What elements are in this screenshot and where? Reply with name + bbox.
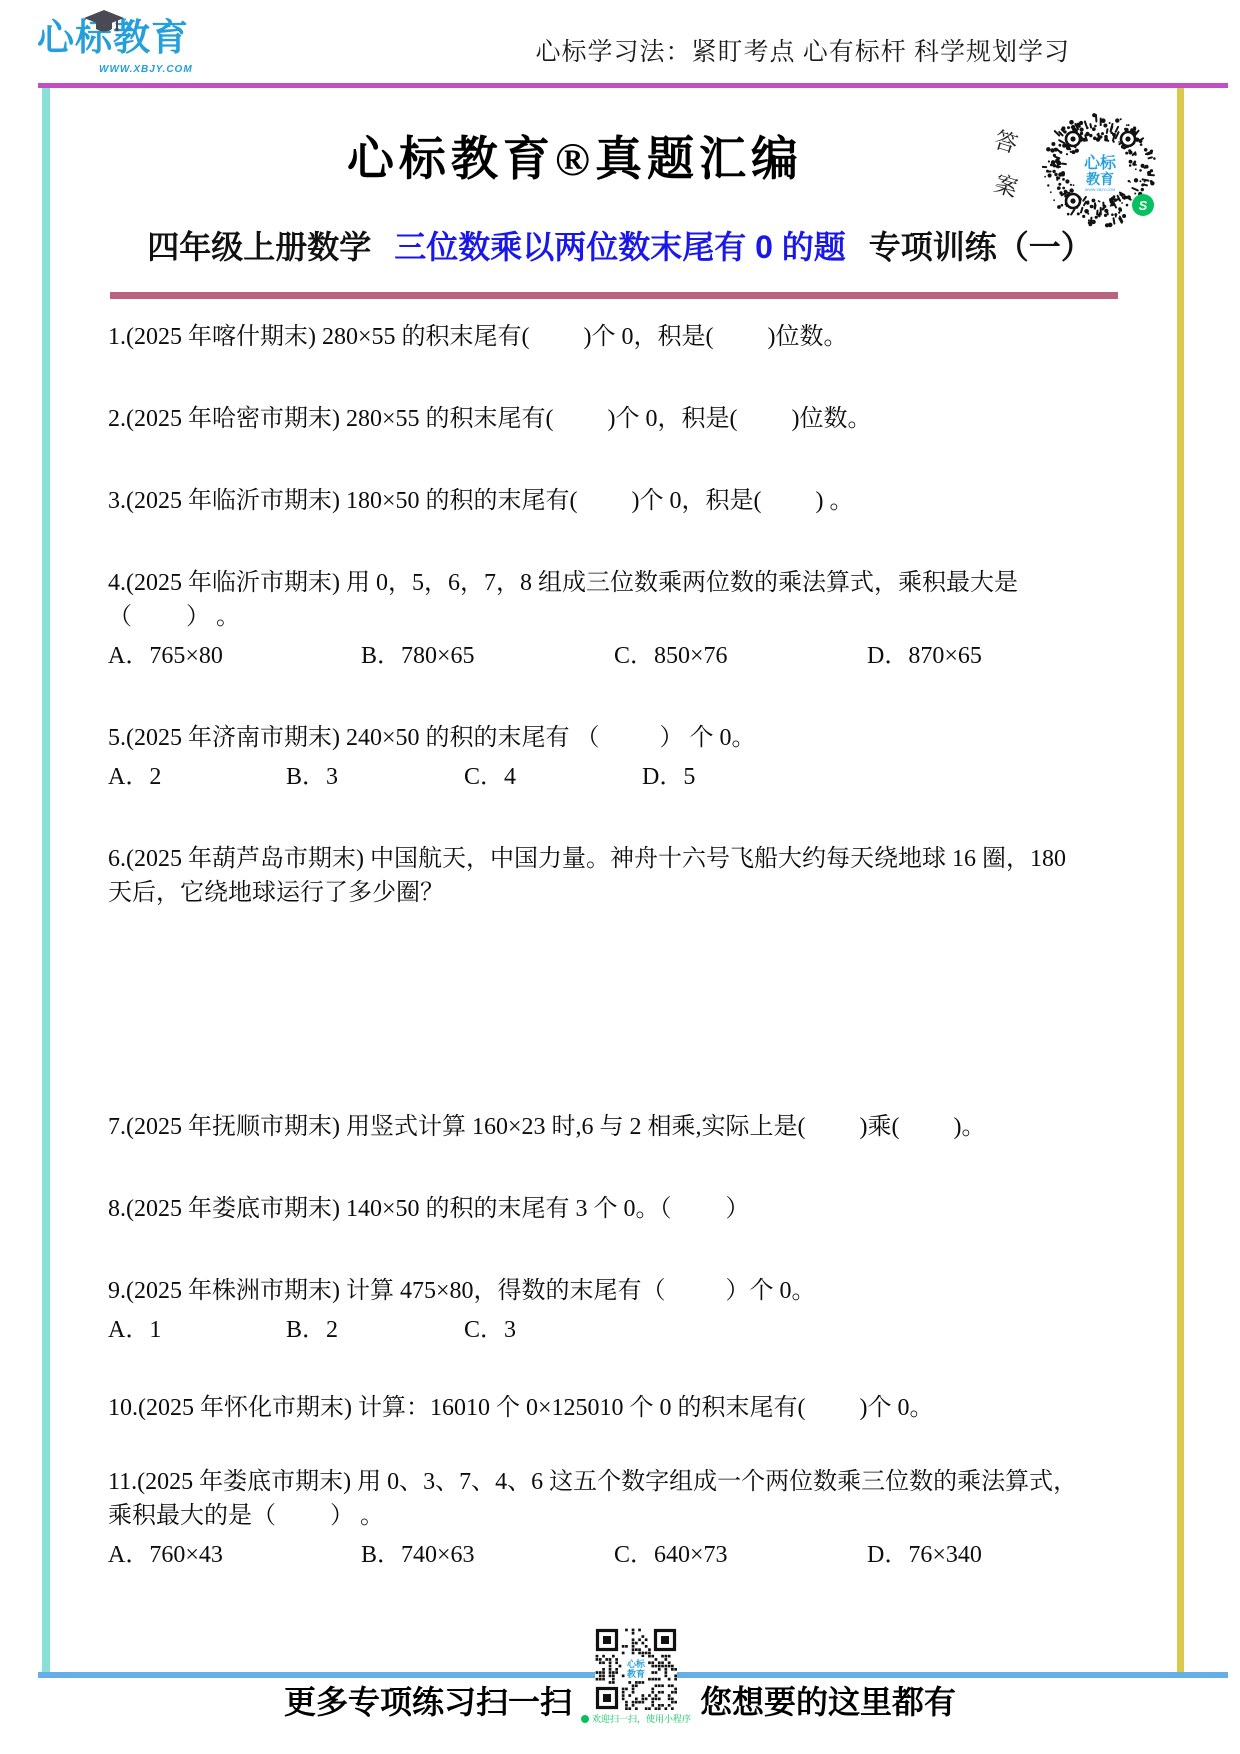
subtitle-series: 专项训练（一）: [869, 229, 1093, 265]
question: 9.(2025 年株洲市期末) 计算 475×80，得数的末尾有（ ）个 0。A…: [108, 1274, 1148, 1347]
question: 6.(2025 年葫芦岛市期末) 中国航天，中国力量。神舟十六号飞船大约每天绕地…: [108, 842, 1148, 910]
question-text: 6.(2025 年葫芦岛市期末) 中国航天，中国力量。神舟十六号飞船大约每天绕地…: [108, 842, 1148, 876]
options-row: A．760×43B．740×63C．640×73D．76×340: [108, 1538, 1148, 1572]
question-text: 7.(2025 年抚顺市期末) 用竖式计算 160×23 时,6 与 2 相乘,…: [108, 1110, 1148, 1144]
worksheet-page: 心标教育 WWW.XBJY.COM 心标学习法：紧盯考点 心有标杆 科学规划学习…: [0, 0, 1240, 1754]
option: A．1: [108, 1313, 286, 1347]
footer-qr-caption: 欢迎扫一扫，使用小程序: [581, 1712, 691, 1725]
question-text: 11.(2025 年娄底市期末) 用 0、3、7、4、6 这五个数字组成一个两位…: [108, 1465, 1148, 1499]
question-text: 5.(2025 年济南市期末) 240×50 的积的末尾有 （ ） 个 0。: [108, 721, 1148, 755]
option: A．760×43: [108, 1538, 361, 1572]
svg-text:教育: 教育: [626, 1668, 645, 1679]
svg-text:心标: 心标: [1084, 154, 1117, 172]
question-text: 9.(2025 年株洲市期末) 计算 475×80，得数的末尾有（ ）个 0。: [108, 1274, 1148, 1308]
option: C．4: [464, 760, 642, 794]
option: B．3: [286, 760, 464, 794]
question: 1.(2025 年喀什期末) 280×55 的积末尾有( )个 0，积是( )位…: [108, 320, 1148, 354]
subtitle: 四年级上册数学 三位数乘以两位数末尾有 0 的题 专项训练（一）: [0, 222, 1240, 268]
brand-logo-url: WWW.XBJY.COM: [99, 64, 193, 75]
option: D．76×340: [867, 1538, 982, 1572]
footer-qr-caption-text: 欢迎扫一扫，使用小程序: [592, 1712, 691, 1725]
options-row: A．765×80B．780×65C．850×76D．870×65: [108, 639, 1148, 673]
answers-qr-code: 心标教育WWW.XBJY.COMS: [1042, 112, 1158, 228]
question-text: 乘积最大的是（ ） 。: [108, 1499, 1148, 1533]
question-text: 8.(2025 年娄底市期末) 140×50 的积的末尾有 3 个 0。（ ）: [108, 1192, 1148, 1226]
footer-text-left: 更多专项练习扫一扫: [284, 1682, 572, 1722]
question-text: 10.(2025 年怀化市期末) 计算：16010 个 0×125010 个 0…: [108, 1391, 1148, 1425]
question-text: 1.(2025 年喀什期末) 280×55 的积末尾有( )个 0，积是( )位…: [108, 320, 1148, 354]
option: D．870×65: [867, 639, 982, 673]
footer-text-right: 您想要的这里都有: [700, 1682, 956, 1722]
option: A．765×80: [108, 639, 361, 673]
options-row: A．2B．3C．4D．5: [108, 760, 1148, 794]
svg-text:WWW.XBJY.COM: WWW.XBJY.COM: [1085, 188, 1116, 192]
header-slogan: 心标学习法：紧盯考点 心有标杆 科学规划学习: [535, 32, 1070, 68]
svg-text:教育: 教育: [1085, 171, 1114, 187]
question: 2.(2025 年哈密市期末) 280×55 的积末尾有( )个 0，积是( )…: [108, 402, 1148, 436]
question: 7.(2025 年抚顺市期末) 用竖式计算 160×23 时,6 与 2 相乘,…: [108, 1110, 1148, 1144]
option: B．2: [286, 1313, 464, 1347]
wechat-dot-icon: [581, 1715, 589, 1723]
question-text: 天后，它绕地球运行了多少圈？: [108, 876, 1148, 910]
option: B．780×65: [361, 639, 614, 673]
option: C．850×76: [614, 639, 867, 673]
option: B．740×63: [361, 1538, 614, 1572]
questions: 1.(2025 年喀什期末) 280×55 的积末尾有( )个 0，积是( )位…: [108, 320, 1148, 1572]
subtitle-grade: 四年级上册数学: [147, 229, 371, 265]
option: C．3: [464, 1313, 516, 1347]
question: 4.(2025 年临沂市期末) 用 0，5，6，7，8 组成三位数乘两位数的乘法…: [108, 566, 1148, 673]
brand-logo: 心标教育 WWW.XBJY.COM: [37, 18, 257, 80]
question: 10.(2025 年怀化市期末) 计算：16010 个 0×125010 个 0…: [108, 1391, 1148, 1425]
footer-qr: 心标教育 欢迎扫一扫，使用小程序: [590, 1628, 682, 1725]
question: 8.(2025 年娄底市期末) 140×50 的积的末尾有 3 个 0。（ ）: [108, 1192, 1148, 1226]
footer: 更多专项练习扫一扫 心标教育 欢迎扫一扫，使用小程序 您想要的这里都有: [0, 1682, 1240, 1725]
question-text: （ ） 。: [108, 600, 1148, 634]
svg-text:心标: 心标: [626, 1658, 646, 1669]
graduation-cap-icon: [83, 9, 125, 35]
answer-label-char: 案: [991, 165, 1023, 203]
footer-qr-code: 心标教育: [595, 1628, 677, 1710]
options-row: A．1B．2C．3: [108, 1313, 1148, 1347]
question-text: 3.(2025 年临沂市期末) 180×50 的积的末尾有( )个 0，积是( …: [108, 484, 1148, 518]
subtitle-underline: [110, 292, 1118, 299]
top-divider: [38, 83, 1228, 88]
option: C．640×73: [614, 1538, 867, 1572]
answer-label-char: 答: [991, 121, 1023, 159]
svg-text:S: S: [1139, 198, 1148, 213]
question-text: 2.(2025 年哈密市期末) 280×55 的积末尾有( )个 0，积是( )…: [108, 402, 1148, 436]
question-text: 4.(2025 年临沂市期末) 用 0，5，6，7，8 组成三位数乘两位数的乘法…: [108, 566, 1148, 600]
left-page-border: [42, 88, 50, 1672]
question: 11.(2025 年娄底市期末) 用 0、3、7、4、6 这五个数字组成一个两位…: [108, 1465, 1148, 1572]
option: A．2: [108, 760, 286, 794]
right-page-border: [1177, 88, 1184, 1672]
question: 5.(2025 年济南市期末) 240×50 的积的末尾有 （ ） 个 0。A．…: [108, 721, 1148, 794]
question: 3.(2025 年临沂市期末) 180×50 的积的末尾有( )个 0，积是( …: [108, 484, 1148, 518]
answer-label: 答 案: [995, 124, 1018, 201]
subtitle-topic: 三位数乘以两位数末尾有 0 的题: [394, 229, 846, 265]
option: D．5: [642, 760, 695, 794]
